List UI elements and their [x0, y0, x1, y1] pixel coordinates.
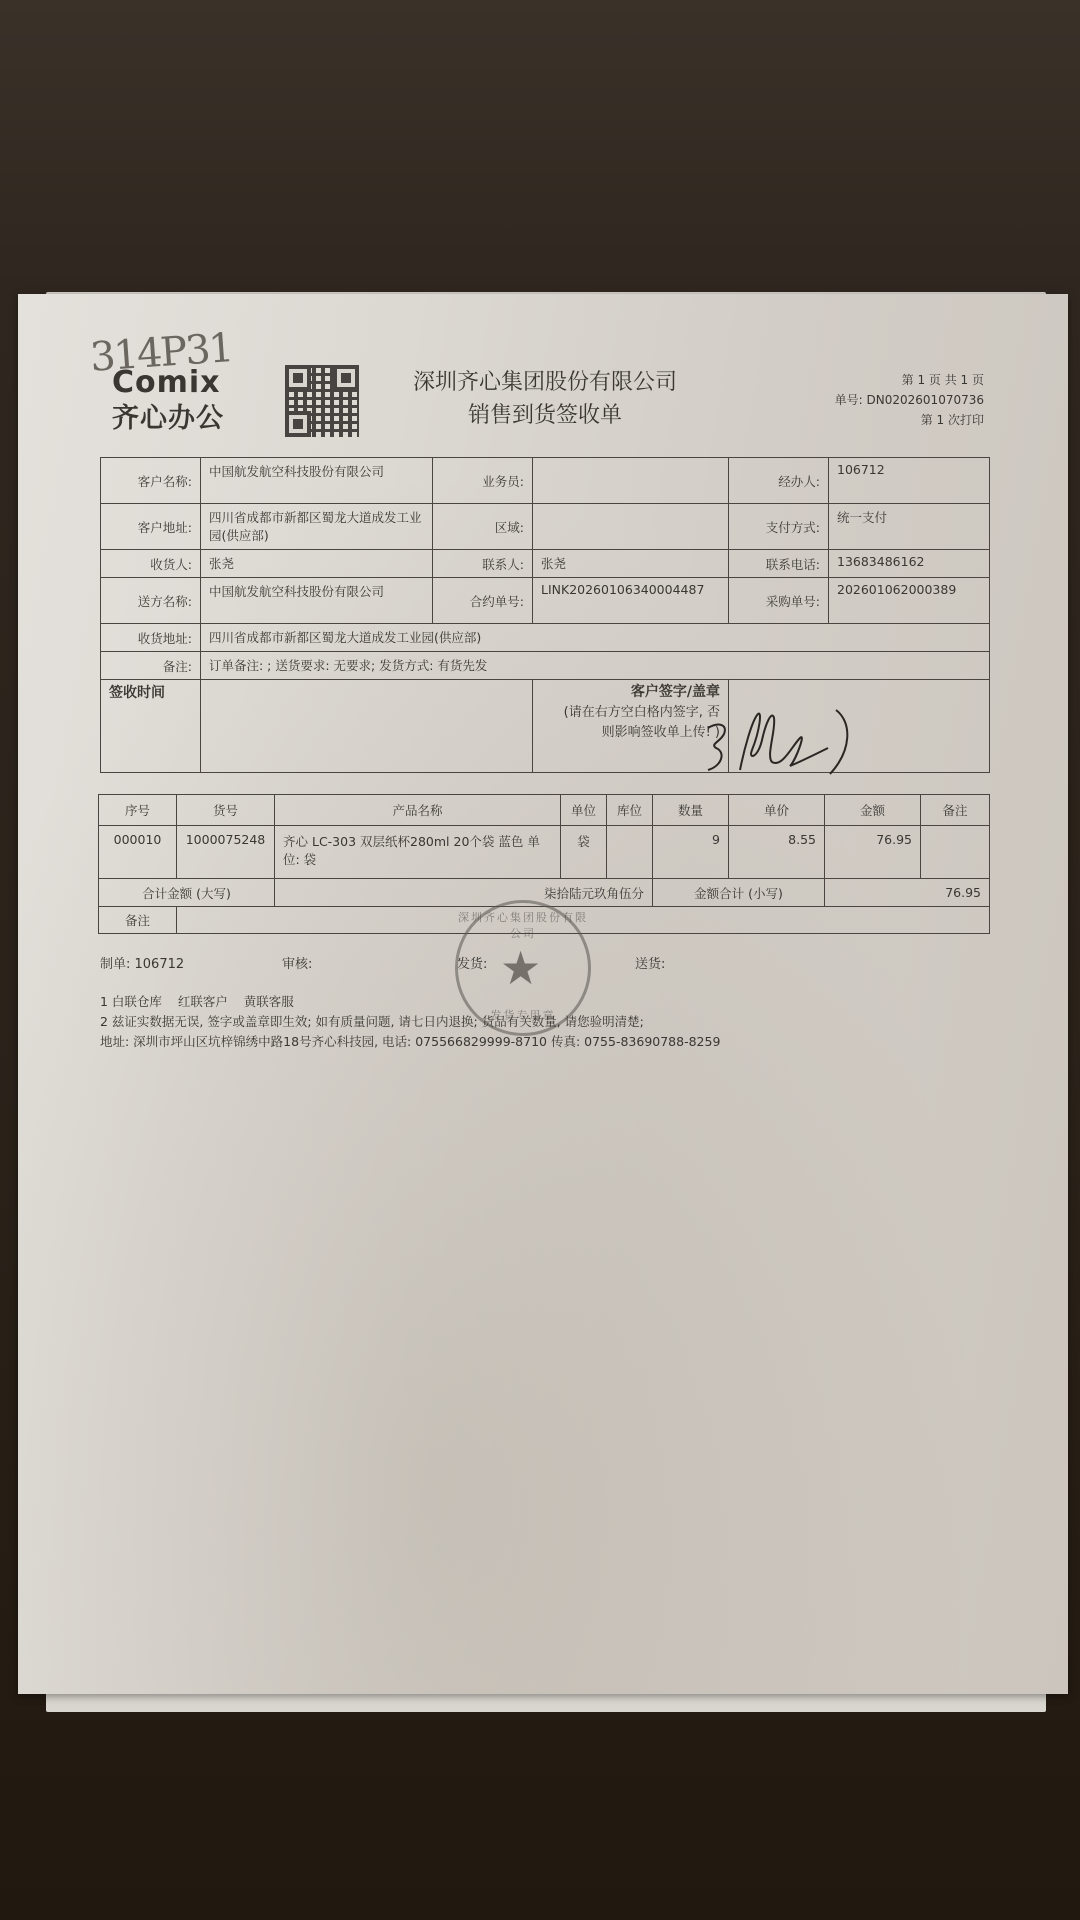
order-number: 单号: DN0202601070736 — [835, 390, 984, 410]
items-header-row: 序号 货号 产品名称 单位 库位 数量 单价 金额 备注 — [99, 795, 990, 826]
star-icon: ★ — [500, 941, 541, 995]
deliver: 送货: — [635, 953, 665, 972]
purchase-number: 202601062000389 — [829, 578, 990, 624]
note-terms: 2 兹证实数据无误, 签字或盖章即生效; 如有质量问题, 请七日内退换; 货品有… — [100, 1012, 720, 1032]
col-location: 库位 — [607, 795, 653, 826]
contact-label: 联系人: — [433, 550, 533, 578]
handwritten-signature — [700, 700, 860, 780]
order-remark: 订单备注: ; 送货要求: 无要求; 发货方式: 有货先发 — [201, 652, 990, 680]
item-sku: 1000075248 — [177, 826, 275, 879]
col-amount: 金额 — [825, 795, 921, 826]
col-note: 备注 — [921, 795, 990, 826]
item-amount: 76.95 — [825, 826, 921, 879]
item-unit: 袋 — [561, 826, 607, 879]
region — [533, 504, 729, 550]
payment-method: 统一支付 — [829, 504, 990, 550]
total-lower-label: 金额合计 (小写) — [653, 879, 825, 907]
contract-label: 合约单号: — [433, 578, 533, 624]
item-note — [921, 826, 990, 879]
salesperson — [533, 458, 729, 504]
contract-number: LINK20260106340004487 — [533, 578, 729, 624]
col-product-name: 产品名称 — [275, 795, 561, 826]
payment-label: 支付方式: — [729, 504, 829, 550]
total-upper-label: 合计金额 (大写) — [99, 879, 275, 907]
phone-label: 联系电话: — [729, 550, 829, 578]
item-price: 8.55 — [729, 826, 825, 879]
company-address: 地址: 深圳市坪山区坑梓锦绣中路18号齐心科技园, 电话: 0755668299… — [100, 1032, 720, 1052]
region-label: 区域: — [433, 504, 533, 550]
item-qty: 9 — [653, 826, 729, 879]
total-lower: 76.95 — [825, 879, 990, 907]
qr-code-icon — [285, 365, 359, 437]
item-location — [607, 826, 653, 879]
footer-notes: 1 白联仓库 红联客户 黄联客服 2 兹证实数据无误, 签字或盖章即生效; 如有… — [100, 992, 720, 1052]
print-count: 第 1 次打印 — [835, 410, 984, 430]
sign-time-label: 签收时间 — [101, 680, 201, 773]
signature-title: 客户签字/盖章 — [631, 684, 720, 700]
page-info: 第 1 页 共 1 页 — [835, 370, 984, 390]
receiver: 张尧 — [201, 550, 433, 578]
title-block: 深圳齐心集团股份有限公司 销售到货签收单 — [410, 365, 680, 429]
document-title: 销售到货签收单 — [410, 398, 680, 429]
delivery-address-label: 收货地址: — [101, 624, 201, 652]
logo-en: Comix — [112, 365, 224, 400]
total-upper: 柒拾陆元玖角伍分 — [275, 879, 653, 907]
customer-address-label: 客户地址: — [101, 504, 201, 550]
receiver-label: 收货人: — [101, 550, 201, 578]
ship-to-label: 送方名称: — [101, 578, 201, 624]
delivery-address: 四川省成都市新都区蜀龙大道成发工业园(供应部) — [201, 624, 990, 652]
company-title: 深圳齐心集团股份有限公司 — [410, 365, 680, 396]
customer-name: 中国航发航空科技股份有限公司 — [201, 458, 433, 504]
col-qty: 数量 — [653, 795, 729, 826]
note-copies: 1 白联仓库 红联客户 黄联客服 — [100, 992, 720, 1012]
table-row: 000010 1000075248 齐心 LC-303 双层纸杯280ml 20… — [99, 826, 990, 879]
maker: 制单: 106712 — [100, 953, 184, 972]
customer-address: 四川省成都市新都区蜀龙大道成发工业园(供应部) — [201, 504, 433, 550]
purchase-label: 采购单号: — [729, 578, 829, 624]
col-seq: 序号 — [99, 795, 177, 826]
ship-to: 中国航发航空科技股份有限公司 — [201, 578, 433, 624]
items-remark-label: 备注 — [99, 907, 177, 934]
salesperson-label: 业务员: — [433, 458, 533, 504]
col-unit: 单位 — [561, 795, 607, 826]
phone: 13683486162 — [829, 550, 990, 578]
col-sku: 货号 — [177, 795, 275, 826]
remark-label: 备注: — [101, 652, 201, 680]
item-name: 齐心 LC-303 双层纸杯280ml 20个袋 蓝色 单位: 袋 — [275, 826, 561, 879]
sign-time-field — [201, 680, 533, 773]
handler-label: 经办人: — [729, 458, 829, 504]
col-price: 单价 — [729, 795, 825, 826]
customer-name-label: 客户名称: — [101, 458, 201, 504]
logo-cn: 齐心办公 — [112, 396, 224, 435]
review: 审核: — [282, 953, 312, 972]
contact: 张尧 — [533, 550, 729, 578]
comix-logo: Comix 齐心办公 — [112, 365, 224, 435]
item-seq: 000010 — [99, 826, 177, 879]
handler: 106712 — [829, 458, 990, 504]
document-meta: 第 1 页 共 1 页 单号: DN0202601070736 第 1 次打印 — [835, 370, 984, 430]
